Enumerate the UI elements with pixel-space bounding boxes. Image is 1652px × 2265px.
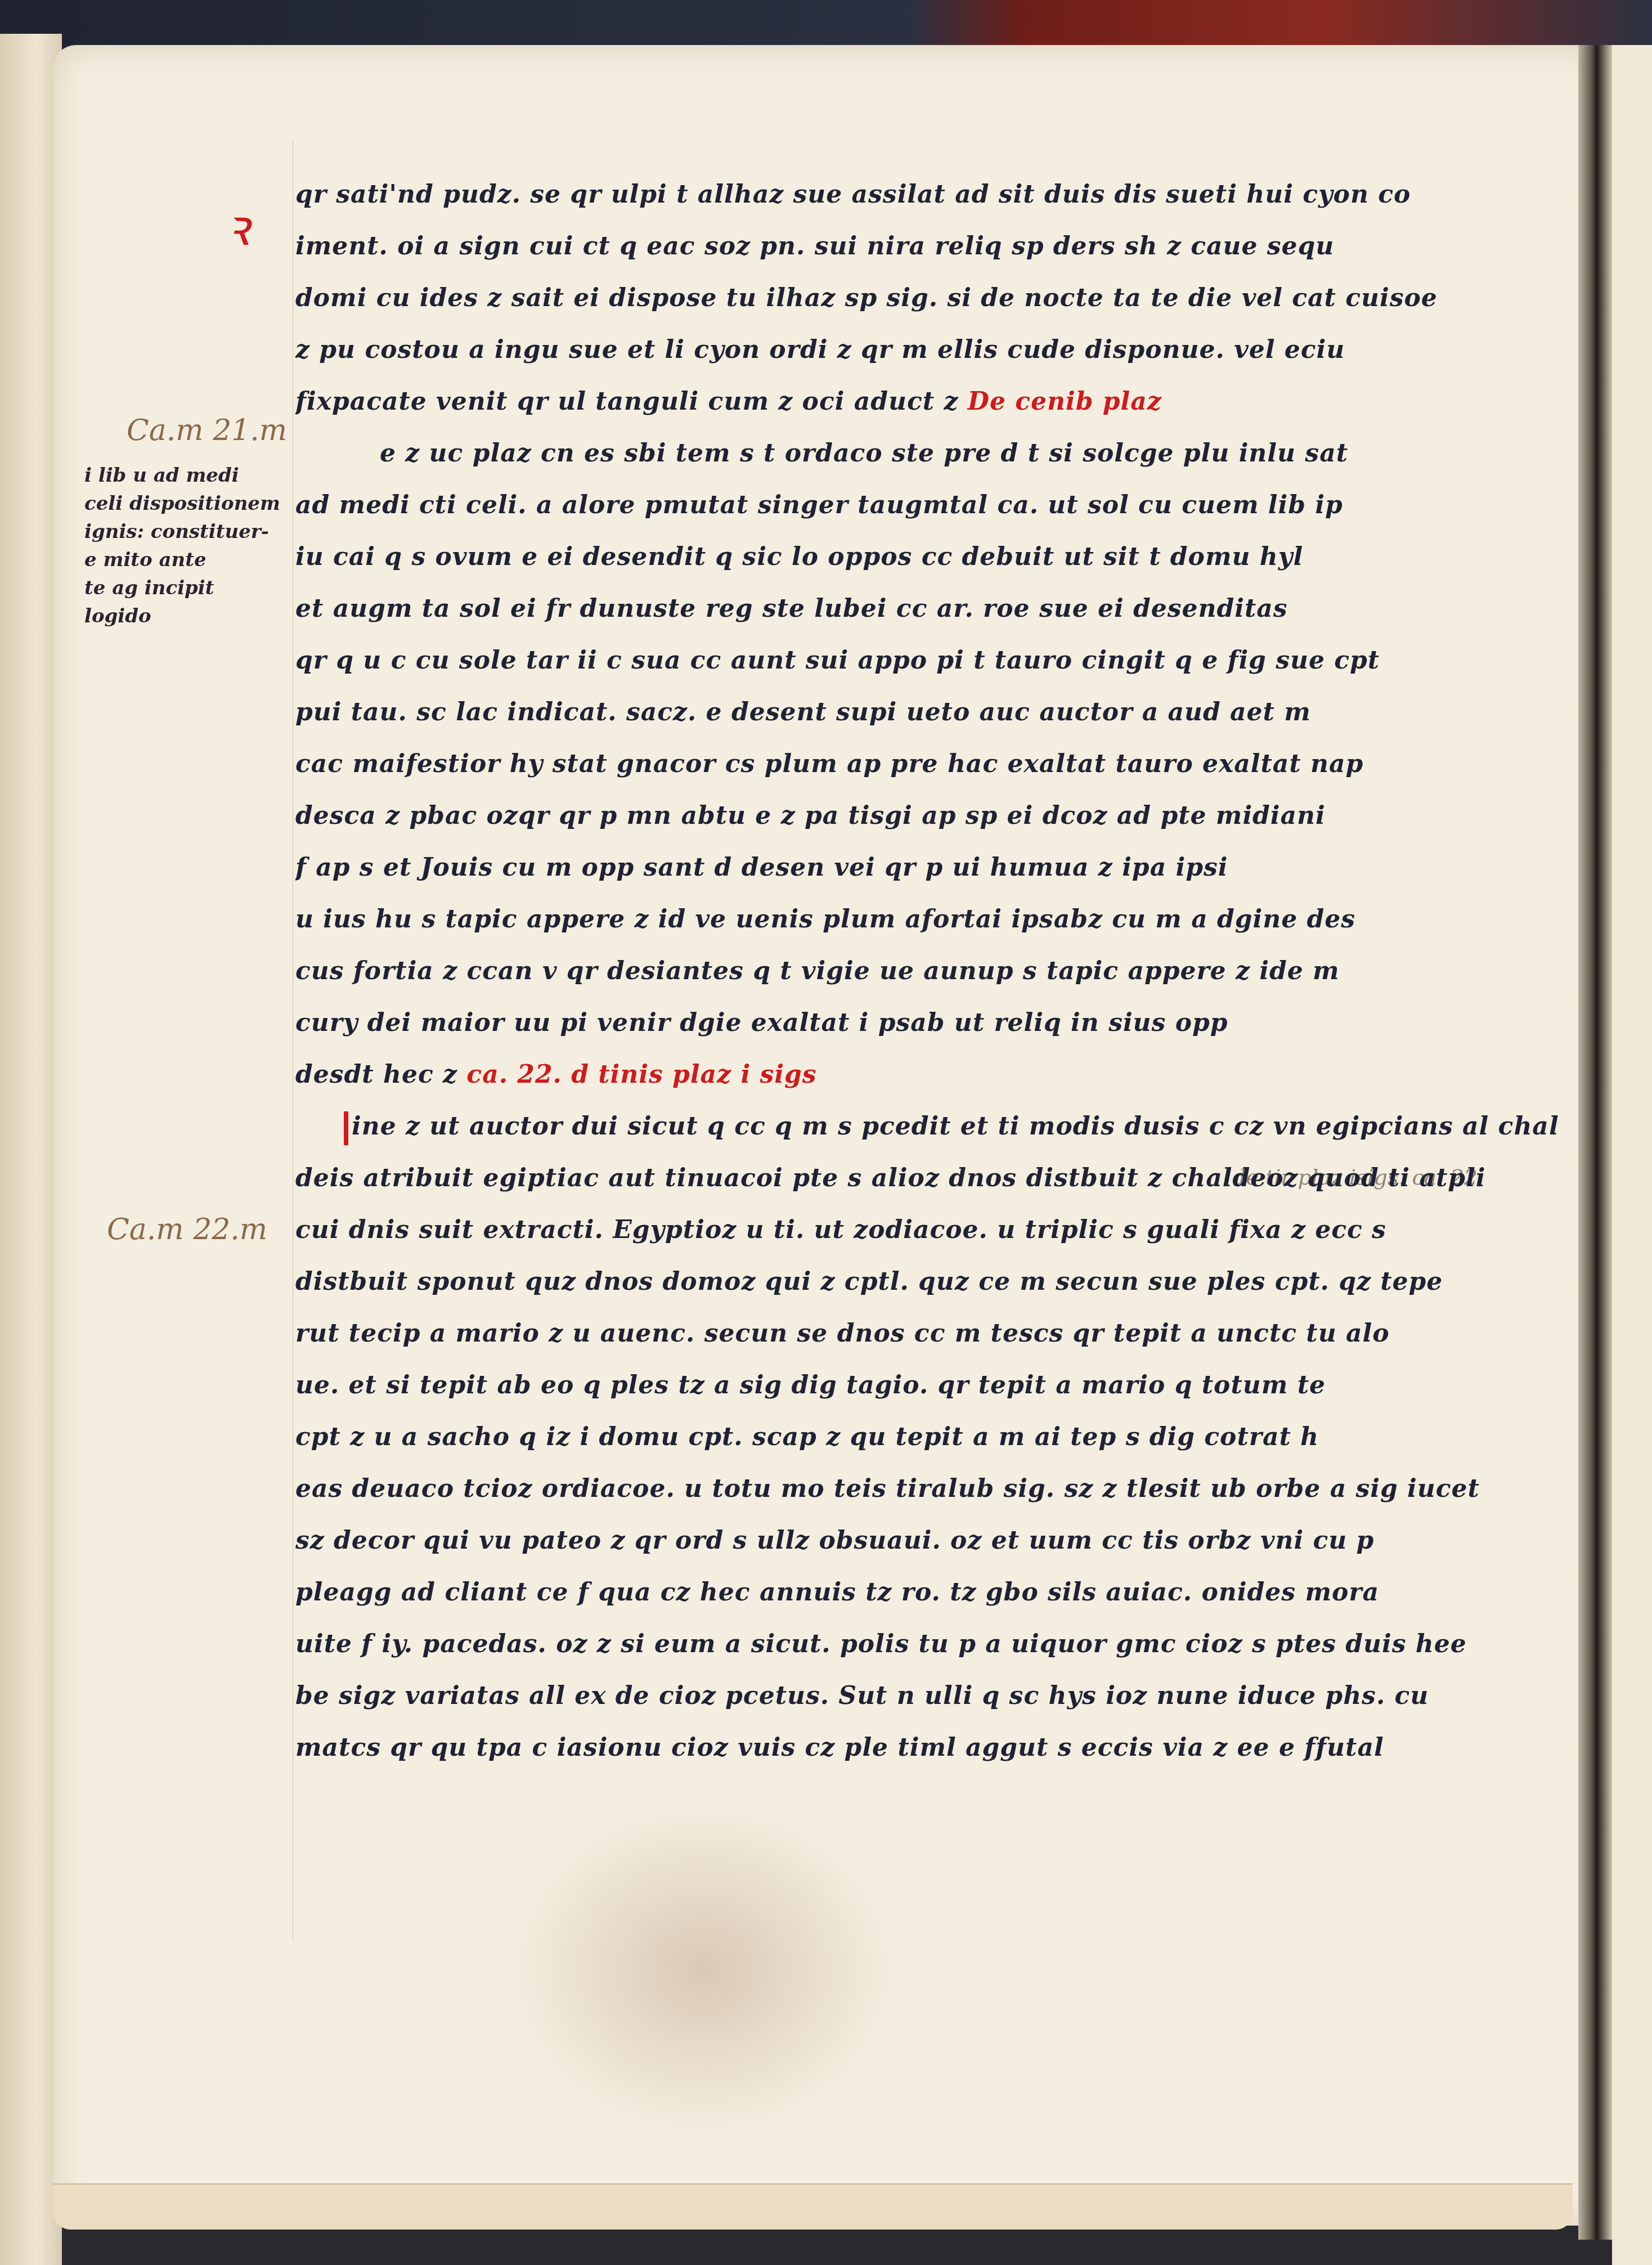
gloss-line: ignis: constituer- [84, 518, 309, 546]
text-span: ine z ut auctor dui sicut q cc q m s pce… [352, 1112, 1559, 1141]
marginal-gloss: i lib u ad medi celi dispositionem ignis… [84, 461, 309, 630]
text-line: sz decor qui vu pateo z qr ord s ullz ob… [295, 1515, 1567, 1567]
text-line: cpt z u a sacho q iz i domu cpt. scap z … [295, 1411, 1567, 1463]
text-line: u ius hu s tapic appere z id ve uenis pl… [295, 894, 1567, 945]
text-line: cury dei maior uu pi venir dgie exaltat … [295, 997, 1567, 1049]
gloss-line: i lib u ad medi [84, 461, 309, 490]
text-line: z pu costou a ingu sue et li cyon ordi z… [295, 324, 1567, 376]
previous-leaf-edge [0, 34, 62, 2265]
text-line: distbuit sponut quz dnos domoz qui z cpt… [295, 1256, 1567, 1308]
text-line: desca z pbac ozqr qr p mn abtu e z pa ti… [295, 790, 1567, 842]
text-span: fixpacate venit qr ul tanguli cum z oci … [295, 387, 958, 416]
text-line: matcs qr qu tpa c iasionu cioz vuis cz p… [295, 1722, 1567, 1774]
gloss-line: te ag incipit [84, 574, 309, 602]
text-line: domi cu ides z sait ei dispose tu ilhaz … [295, 272, 1567, 324]
text-line: be sigz variatas all ex de cioz pcetus. … [295, 1670, 1567, 1722]
text-line: deis atribuit egiptiac aut tinuacoi pte … [295, 1152, 1567, 1204]
text-line-with-rubric: desdt hec z ca. 22. d tinis plaz i sigs [295, 1049, 1567, 1101]
text-line: uite f iy. pacedas. oz z si eum a sicut.… [295, 1618, 1567, 1670]
text-line-with-rubric: fixpacate venit qr ul tanguli cum z oci … [295, 376, 1567, 428]
text-line: ad medi cti celi. a alore pmutat singer … [295, 479, 1567, 531]
text-line: iment. oi a sign cui ct q eac soz pn. su… [295, 221, 1567, 272]
text-line: ine z ut auctor dui sicut q cc q m s pce… [295, 1101, 1567, 1152]
water-stain [506, 1801, 900, 2138]
ruling-line [293, 141, 293, 1941]
text-line: cus fortia z ccan v qr desiantes q t vig… [295, 945, 1567, 997]
text-span: desdt hec z [295, 1060, 457, 1089]
page-bottom-edge [53, 2183, 1573, 2230]
text-line: et augm ta sol ei fr dunuste reg ste lub… [295, 583, 1567, 635]
text-line: pleagg ad cliant ce f qua cz hec annuis … [295, 1567, 1567, 1618]
text-line: rut tecip a mario z u auenc. secun se dn… [295, 1308, 1567, 1360]
chapter-22-marginal-label: Ca.m 22.m [107, 1213, 267, 1246]
text-line: qr q u c cu sole tar ii c sua cc aunt su… [295, 635, 1567, 687]
initial-decoration [344, 1111, 348, 1145]
text-line: f ap s et Jouis cu m opp sant d desen ve… [295, 842, 1567, 894]
rubric-de-cenib-plaz: De cenib plaz [968, 387, 1162, 416]
gloss-line: celi dispositionem [84, 490, 309, 518]
text-line: qr sati'nd pudz. se qr ulpi t allhaz sue… [295, 169, 1567, 221]
text-line: cac maifestior hy stat gnacor cs plum ap… [295, 738, 1567, 790]
text-line: eas deuaco tcioz ordiacoe. u totu mo tei… [295, 1463, 1567, 1515]
rubric-chapter-22: ca. 22. d tinis plaz i sigs [466, 1060, 816, 1089]
gloss-line: e mito ante [84, 546, 309, 574]
text-line: pui tau. sc lac indicat. sacz. e desent … [295, 687, 1567, 738]
red-marginal-mark: ꝛ [225, 191, 249, 260]
main-text-block: qr sati'nd pudz. se qr ulpi t allhaz sue… [295, 169, 1567, 1774]
text-line: ue. et si tepit ab eo q ples tz a sig di… [295, 1360, 1567, 1411]
text-line: e z uc plaz cn es sbi tem s t ordaco ste… [295, 428, 1567, 479]
text-line: cui dnis suit extracti. Egyptioz u ti. u… [295, 1204, 1567, 1256]
gloss-line: logido [84, 602, 309, 630]
chapter-21-marginal-label: Ca.m 21.m [127, 414, 287, 447]
facing-page-edge [1612, 45, 1652, 2265]
text-line: iu cai q s ovum e ei desendit q sic lo o… [295, 531, 1567, 583]
binding-gutter [1578, 45, 1612, 2240]
